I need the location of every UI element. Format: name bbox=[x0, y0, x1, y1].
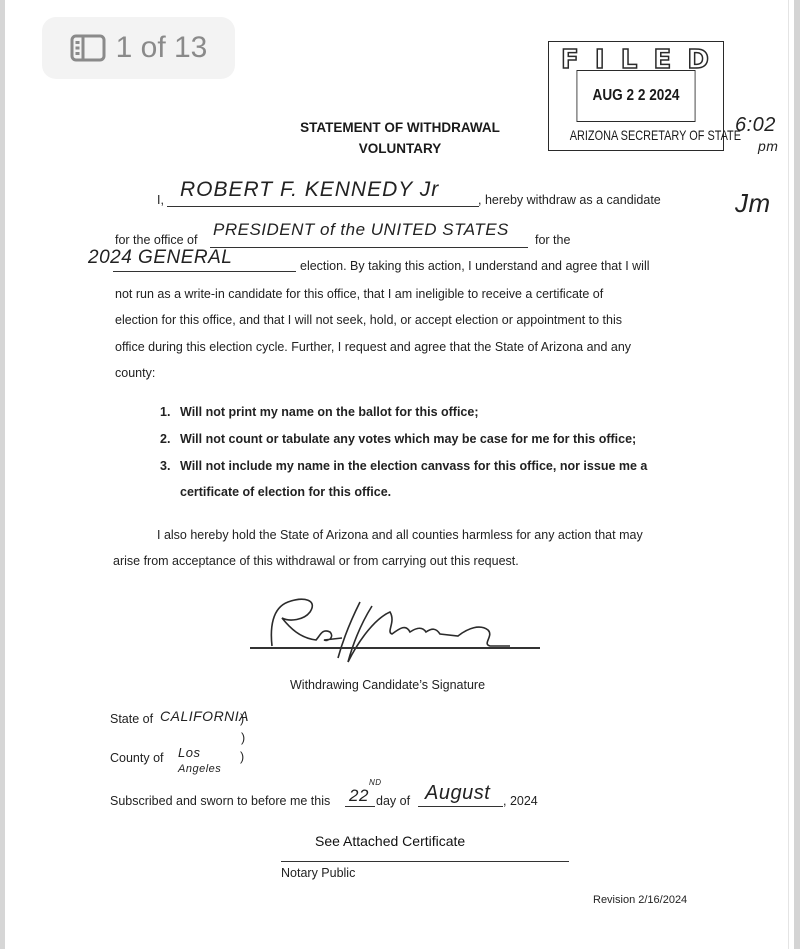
sworn-year: , 2024 bbox=[503, 794, 538, 808]
county-label: County of bbox=[110, 751, 164, 765]
notary-line bbox=[281, 861, 569, 862]
list-item-number: 3. bbox=[160, 459, 170, 473]
list-item-number: 2. bbox=[160, 432, 170, 446]
paragraph-line: not run as a write-in candidate for this… bbox=[115, 287, 603, 301]
list-item: Will not print my name on the ballot for… bbox=[180, 405, 479, 419]
sworn-day: 22 bbox=[349, 786, 369, 806]
day-underline bbox=[345, 806, 375, 807]
state-label: State of bbox=[110, 712, 153, 726]
signature-label: Withdrawing Candidate’s Signature bbox=[290, 678, 485, 692]
office-prefix: for the office of bbox=[115, 233, 197, 247]
page-edge-left bbox=[0, 0, 5, 949]
margin-initials: Jm bbox=[735, 188, 771, 219]
page-indicator[interactable]: 1 of 13 bbox=[42, 17, 235, 79]
candidate-name: ROBERT F. KENNEDY Jr bbox=[180, 178, 439, 202]
signature-graphic bbox=[260, 588, 550, 668]
office-suffix: for the bbox=[535, 233, 570, 247]
name-underline bbox=[167, 206, 479, 207]
harmless-line-2: arise from acceptance of this withdrawal… bbox=[113, 554, 519, 568]
paragraph-line: election for this office, and that I wil… bbox=[115, 313, 622, 327]
month-underline bbox=[418, 806, 503, 807]
state-value: CALIFORNIA bbox=[160, 708, 249, 724]
list-item-continued: certificate of election for this office. bbox=[180, 485, 391, 499]
sworn-month: August bbox=[425, 782, 490, 805]
notary-stamp-text: See Attached Certificate bbox=[315, 833, 465, 849]
margin-time: 6:02 bbox=[735, 114, 776, 137]
list-item: Will not count or tabulate any votes whi… bbox=[180, 432, 636, 446]
state-paren: ) bbox=[240, 712, 244, 726]
office-underline bbox=[210, 247, 528, 248]
notary-label: Notary Public bbox=[281, 866, 355, 880]
intro-suffix: , hereby withdraw as a candidate bbox=[478, 193, 661, 207]
paragraph-line: office during this election cycle. Furth… bbox=[115, 340, 631, 354]
revision-label: Revision 2/16/2024 bbox=[593, 894, 687, 906]
page-edge-line bbox=[788, 0, 789, 949]
state-paren: ) bbox=[241, 731, 245, 745]
county-value-line2: Angeles bbox=[178, 763, 221, 775]
list-item: Will not include my name in the election… bbox=[180, 459, 647, 473]
page-indicator-text: 1 of 13 bbox=[116, 31, 208, 65]
election-value: 2024 GENERAL bbox=[88, 247, 232, 269]
paragraph-line: county: bbox=[115, 366, 155, 380]
election-underline bbox=[113, 271, 296, 272]
page-edge-right bbox=[794, 0, 800, 949]
margin-ampm: pm bbox=[758, 138, 778, 154]
sworn-prefix: Subscribed and sworn to before me this bbox=[110, 794, 330, 808]
harmless-line-1: I also hereby hold the State of Arizona … bbox=[157, 528, 643, 542]
stamp-date: AUG 2 2 2024 bbox=[577, 70, 696, 122]
intro-prefix: I, bbox=[157, 193, 164, 207]
office-value: PRESIDENT of the UNITED STATES bbox=[213, 220, 509, 240]
list-item-number: 1. bbox=[160, 405, 170, 419]
title-line-2: VOLUNTARY bbox=[292, 141, 508, 156]
filed-stamp: F I L E D AUG 2 2 2024 ARIZONA SECRETARY… bbox=[548, 41, 724, 151]
sidebar-icon[interactable] bbox=[70, 34, 106, 62]
sworn-day-suffix: ND bbox=[369, 778, 382, 787]
stamp-office: ARIZONA SECRETARY OF STATE bbox=[570, 127, 703, 143]
county-value-line1: Los bbox=[178, 745, 200, 760]
signature-line bbox=[250, 647, 540, 649]
line3-text: election. By taking this action, I under… bbox=[300, 259, 650, 273]
county-paren: ) bbox=[240, 750, 244, 764]
title-line-1: STATEMENT OF WITHDRAWAL bbox=[292, 120, 508, 135]
sworn-day-of: day of bbox=[376, 794, 410, 808]
